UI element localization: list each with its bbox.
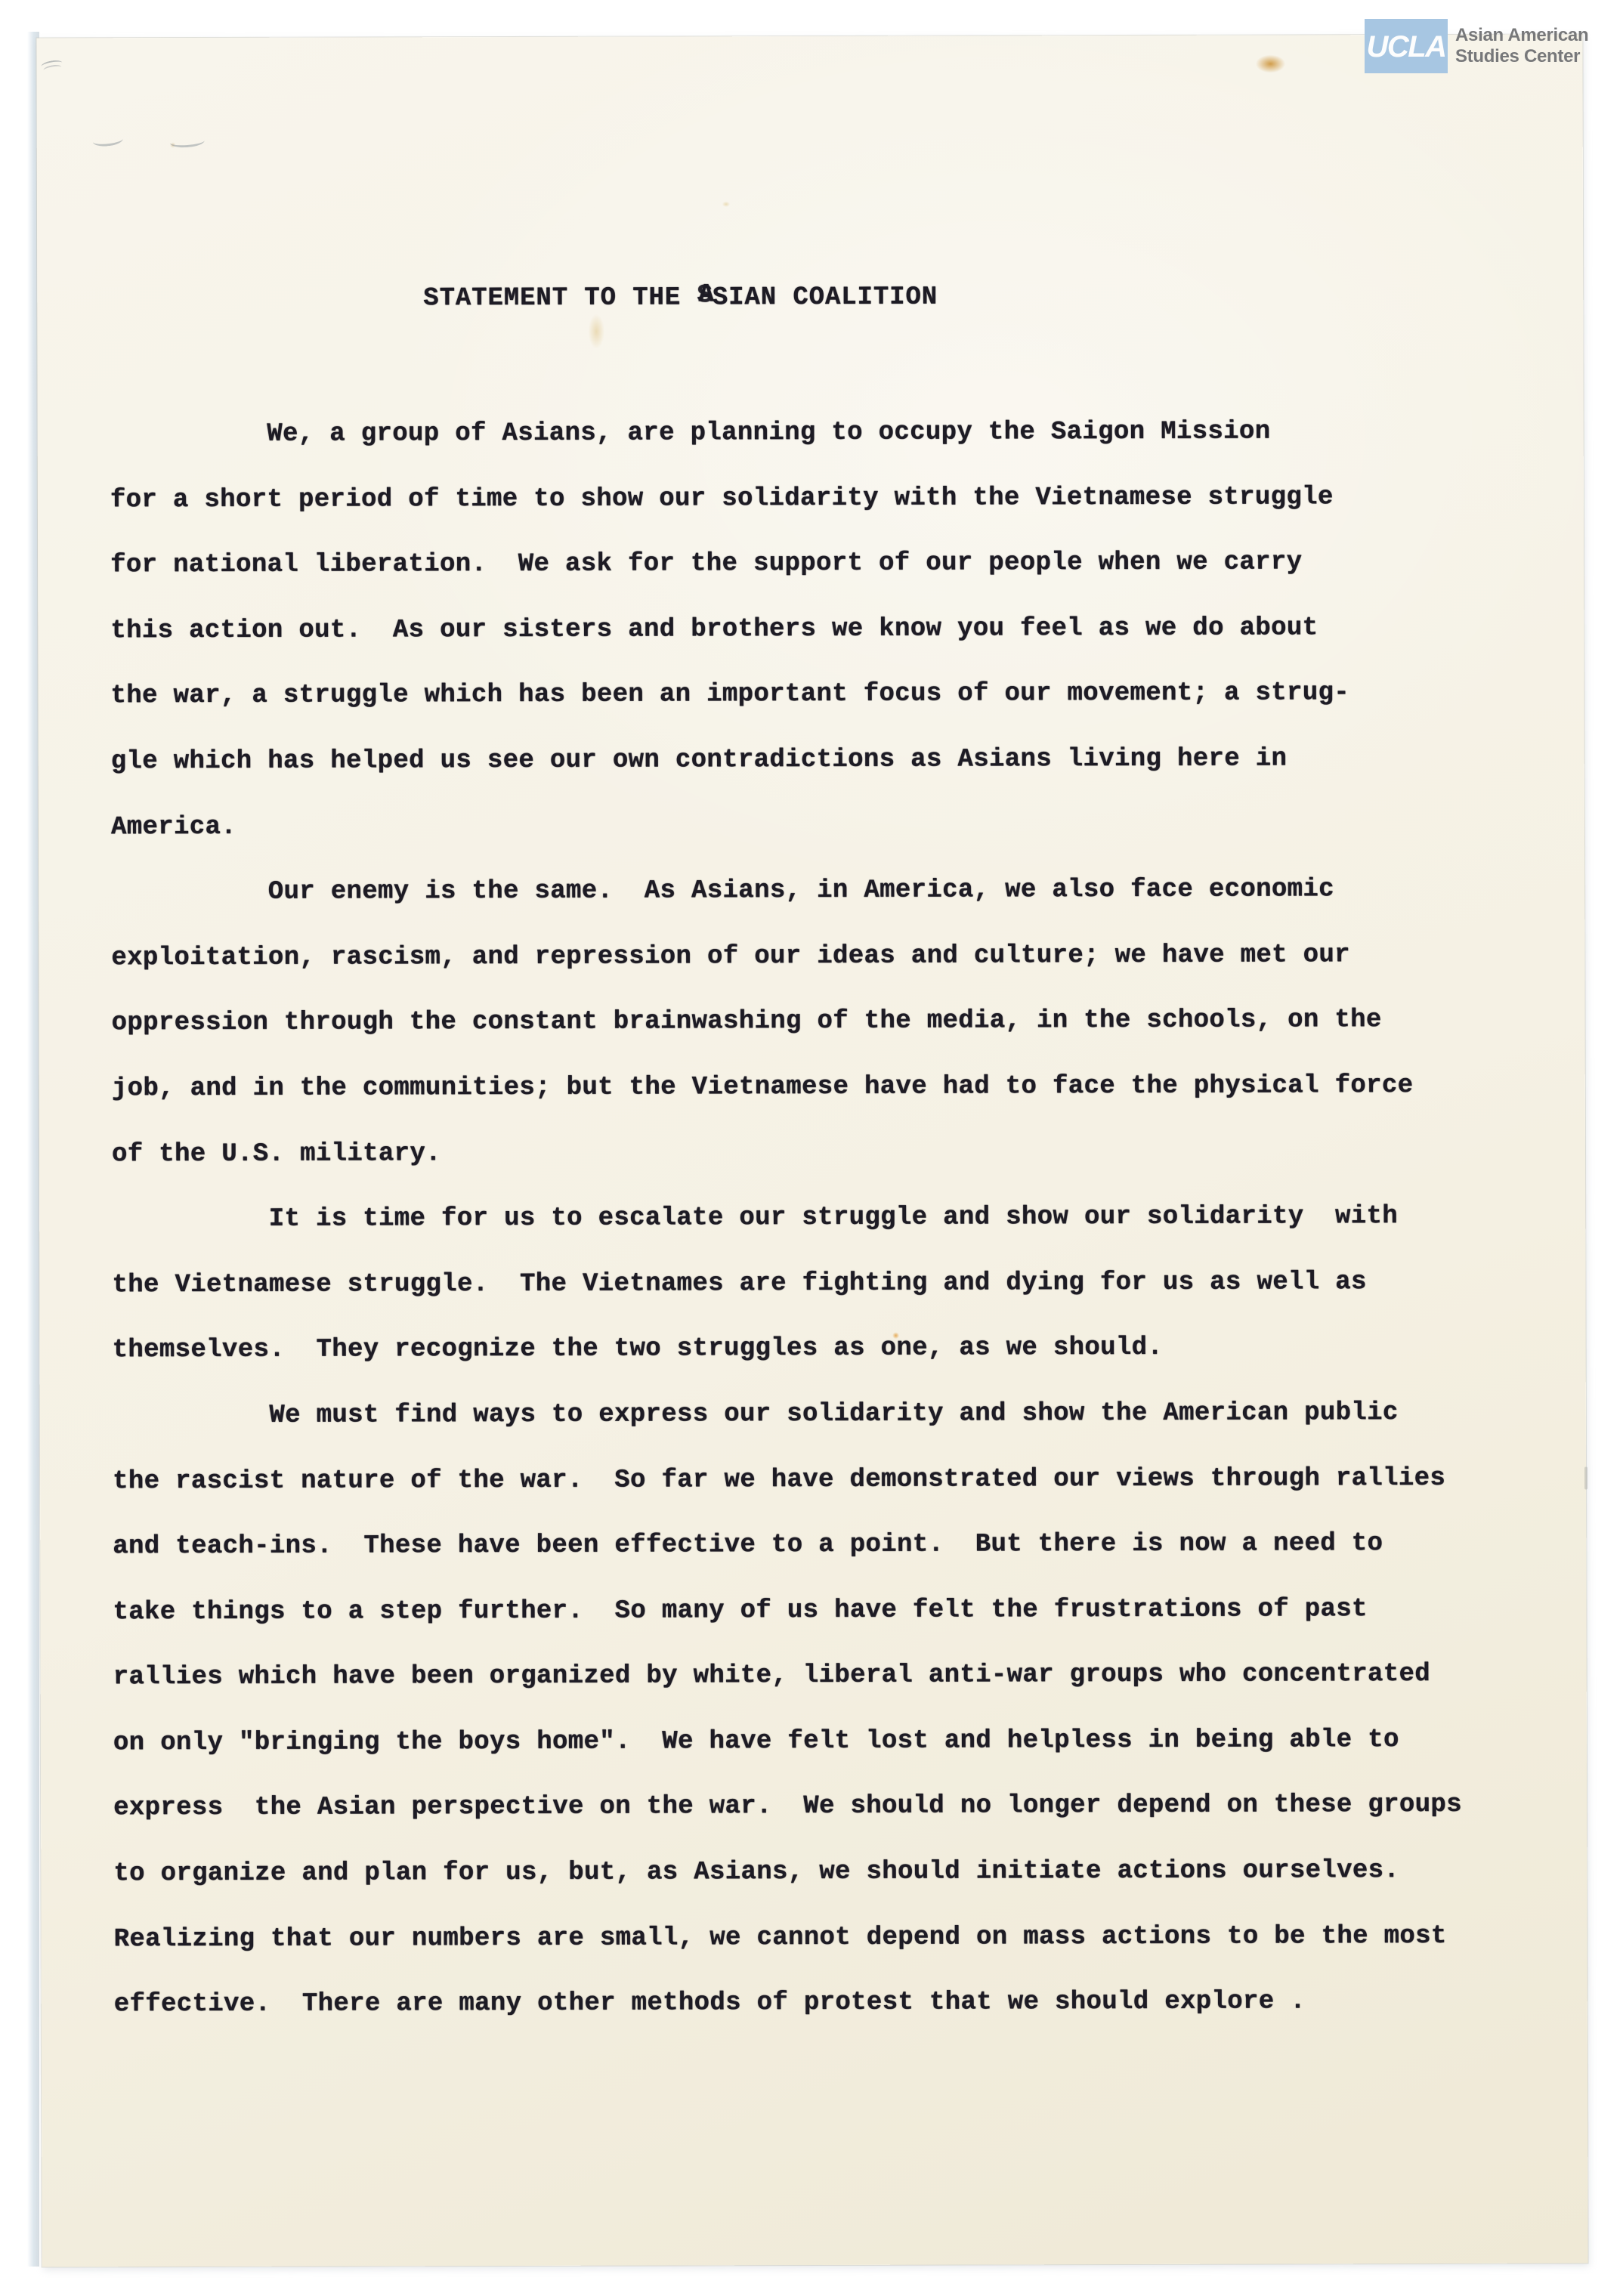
typewritten-line: to organize and plan for us, but, as Asi… <box>113 1838 1549 1907</box>
typewritten-line: the war, a struggle which has been an im… <box>110 660 1546 729</box>
typewritten-line: the rascist nature of the war. So far we… <box>113 1445 1548 1514</box>
logo-org-line2: Studies Center <box>1455 46 1588 67</box>
document-body: We, a group of Asians, are planning to o… <box>110 399 1550 2038</box>
typewritten-line: of the U.S. military. <box>112 1118 1547 1187</box>
ucla-logo-box: UCLA <box>1365 19 1448 73</box>
pencil-mark <box>41 59 63 70</box>
overstrike-top-char: A <box>698 277 714 312</box>
typewritten-line: the Vietnamese struggle. The Vietnames a… <box>112 1249 1547 1318</box>
typewritten-line: Realizing that our numbers are small, we… <box>113 1903 1549 1972</box>
scan-artifact <box>1584 1466 1587 1489</box>
typewritten-line: gle which has helped us see our own cont… <box>111 726 1547 795</box>
typewritten-line: rallies which have been organized by whi… <box>113 1642 1549 1710</box>
typewritten-line: We, a group of Asians, are planning to o… <box>110 399 1546 468</box>
logo-org-name: Asian American Studies Center <box>1455 19 1588 67</box>
typewritten-line: for a short period of time to show our s… <box>110 464 1546 533</box>
document-page: STATEMENT TO THE SASIAN COALITION We, a … <box>36 35 1587 2267</box>
typewritten-line: effective. There are many other methods … <box>114 1969 1550 2038</box>
typewritten-line: express the Asian perspective on the war… <box>113 1772 1549 1841</box>
scan-background: STATEMENT TO THE SASIAN COALITION We, a … <box>0 0 1623 2296</box>
title-text-after: SIAN COALITION <box>713 283 938 313</box>
paper-crease <box>92 133 123 147</box>
typewritten-line: exploitation, rascism, and repression of… <box>111 922 1547 990</box>
typewritten-line: We must find ways to express our solidar… <box>113 1380 1548 1449</box>
typewritten-line: Our enemy is the same. As Asians, in Ame… <box>111 857 1547 926</box>
typewritten-line: It is time for us to escalate our strugg… <box>112 1184 1547 1253</box>
logo-org-line1: Asian American <box>1455 25 1588 46</box>
typewritten-line: and teach-ins. These have been effective… <box>113 1511 1548 1580</box>
typewritten-line: for national liberation. We ask for the … <box>110 530 1546 598</box>
typewritten-line: this action out. As our sisters and brot… <box>110 595 1546 663</box>
typewritten-line: America. <box>111 791 1547 860</box>
paper-crease <box>169 134 205 148</box>
document-title: STATEMENT TO THE SASIAN COALITION <box>423 278 938 317</box>
title-text-before: STATEMENT TO THE <box>423 283 697 313</box>
ucla-wordmark: UCLA <box>1366 30 1445 64</box>
typewritten-line: themselves. They recognize the two strug… <box>113 1315 1548 1383</box>
ucla-logo: UCLA Asian American Studies Center <box>1365 19 1588 73</box>
typewritten-line: on only "bringing the boys home". We hav… <box>113 1707 1549 1775</box>
typewritten-line: oppression through the constant brainwas… <box>111 987 1547 1056</box>
typewritten-line: take things to a step further. So many o… <box>113 1576 1548 1645</box>
typewritten-line: job, and in the communities; but the Vie… <box>112 1053 1547 1122</box>
overstruck-letter: SA <box>697 278 712 304</box>
